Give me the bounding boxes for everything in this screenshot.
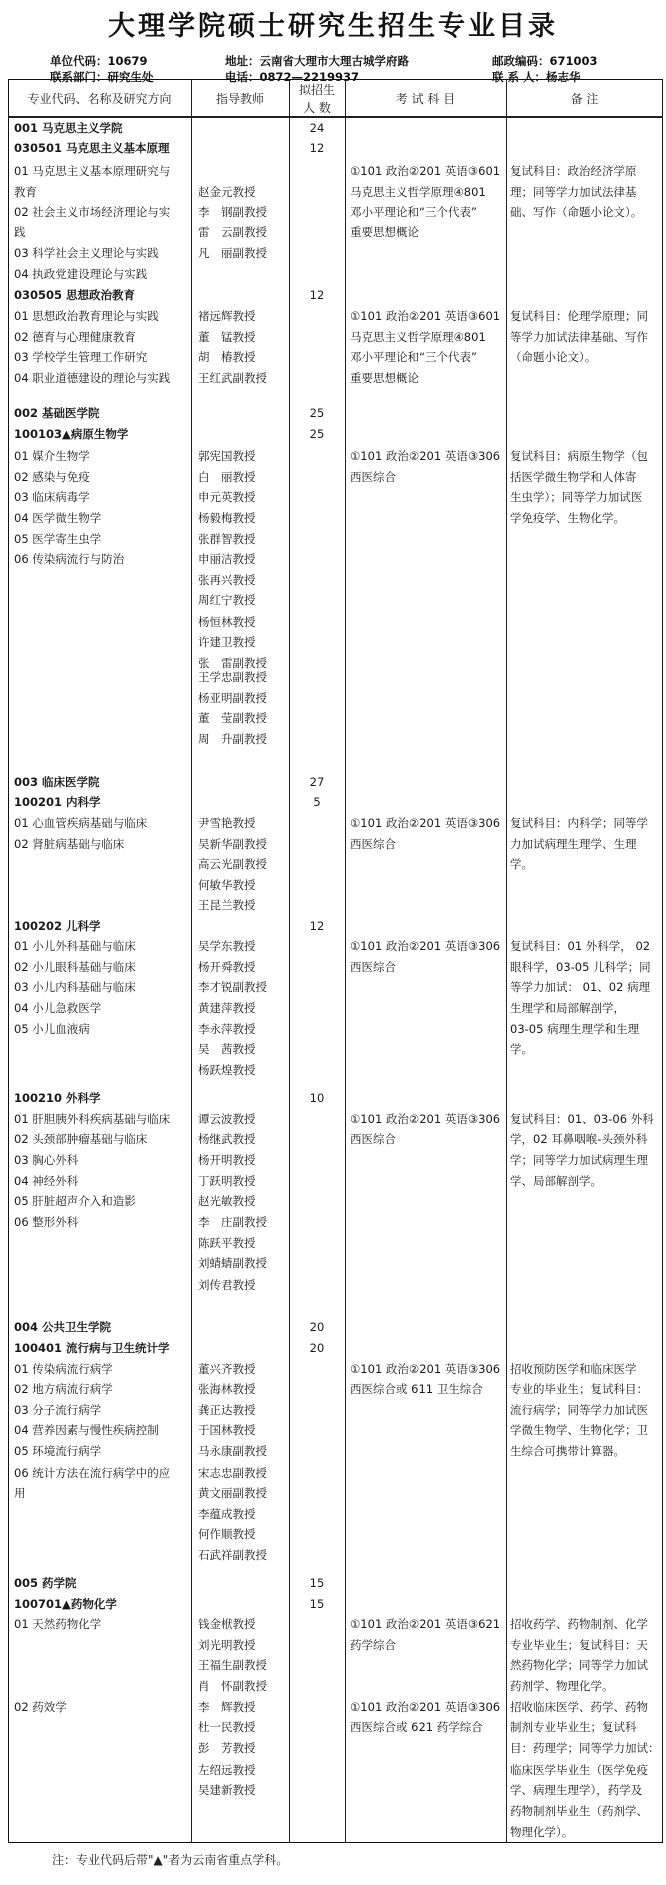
column-divider	[289, 79, 290, 1843]
major-line: 030505 思想政治教育	[14, 288, 135, 302]
header-divider	[8, 116, 663, 118]
advisor-line: 张群智教授	[198, 532, 256, 546]
advisor-line: 左绍远教授	[198, 1763, 256, 1777]
quota-value: 5	[307, 795, 327, 809]
major-line: 100201 内科学	[14, 795, 101, 809]
quota-value: 12	[307, 288, 327, 302]
major-line: 001 马克思主义学院	[14, 121, 123, 135]
exam-line: 重要思想概论	[350, 371, 419, 385]
remark-line: 复试科目：病原生物学（包	[510, 449, 648, 463]
advisor-line: 郭宪国教授	[198, 449, 256, 463]
quota-value: 25	[307, 406, 327, 420]
quota-value: 15	[307, 1576, 327, 1590]
major-line: 04 执政党建设理论与实践	[14, 267, 147, 281]
advisor-line: 石武祥副教授	[198, 1548, 267, 1562]
remark-line: 复试科目：01 外科学， 02	[510, 939, 650, 953]
major-line: 05 小儿血液病	[14, 1022, 90, 1036]
exam-line: ①101 政治②201 英语③601	[350, 309, 500, 323]
advisor-line: 周红宁教授	[198, 593, 256, 607]
advisor-line: 杨继武教授	[198, 1132, 256, 1146]
advisor-line: 李永萍教授	[198, 1022, 256, 1036]
advisor-line: 于国林教授	[198, 1423, 256, 1437]
quota-value: 25	[307, 427, 327, 441]
advisor-line: 谭云波教授	[198, 1112, 256, 1126]
advisor-line: 刘传君教授	[198, 1278, 256, 1292]
major-line: 用	[14, 1486, 26, 1500]
major-line: 02 地方病流行病学	[14, 1382, 113, 1396]
quota-value: 27	[307, 775, 327, 789]
advisor-line: 李 钢副教授	[198, 205, 267, 219]
remark-line: 学微生物学、生物化学；卫	[510, 1423, 648, 1437]
major-line: 004 公共卫生学院	[14, 1320, 111, 1334]
advisor-line: 刘光明教授	[198, 1638, 256, 1652]
major-line: 03 临床病毒学	[14, 490, 90, 504]
major-line: 100701▲药物化学	[14, 1597, 117, 1611]
remark-line: 然药物化学；同等学力加试	[510, 1658, 648, 1672]
exam-line: ①101 政治②201 英语③621	[350, 1617, 500, 1631]
major-line: 02 德育与心理健康教育	[14, 330, 136, 344]
advisor-line: 王学忠副教授	[198, 670, 267, 684]
major-line: 03 胸心外科	[14, 1153, 78, 1167]
advisor-line: 董 锰教授	[198, 330, 256, 344]
major-line: 05 医学寄生虫学	[14, 532, 101, 546]
exam-line: ①101 政治②201 英语③306	[350, 1700, 500, 1714]
major-line: 01 小儿外科基础与临床	[14, 939, 136, 953]
advisor-line: 何敏华教授	[198, 878, 256, 892]
exam-line: 马克思主义哲学原理④801	[350, 330, 486, 344]
advisor-line: 李 辉教授	[198, 1700, 256, 1714]
advisor-line: 吴建新教授	[198, 1783, 256, 1797]
advisor-line: 王昆兰教授	[198, 898, 256, 912]
exam-line: 马克思主义哲学原理④801	[350, 185, 486, 199]
remark-line: 学。	[510, 857, 533, 871]
major-line: 04 神经外科	[14, 1174, 78, 1188]
remark-line: 招收药学、药物制剂、化学	[510, 1617, 648, 1631]
major-line: 02 社会主义市场经济理论与实	[14, 205, 170, 219]
remark-line: 生虫学）；同等学力加试医	[510, 490, 642, 504]
remark-line: 理；同等学力加试法律基	[510, 185, 637, 199]
advisor-line: 丁跃明教授	[198, 1174, 256, 1188]
major-line: 02 头颈部肿瘤基础与临床	[14, 1132, 147, 1146]
quota-value: 12	[307, 141, 327, 155]
remark-line: 复试科目：政治经济学原	[510, 164, 637, 178]
advisor-line: 胡 椿教授	[198, 350, 256, 364]
advisor-line: 龚正达教授	[198, 1403, 256, 1417]
advisor-line: 李 庄副教授	[198, 1215, 267, 1229]
remark-line: 专业的毕业生；复试科目：	[510, 1382, 648, 1396]
advisor-line: 杨亚明副教授	[198, 691, 267, 705]
major-line: 03 学校学生管理工作研究	[14, 350, 147, 364]
remark-line: 生综合可携带计算器。	[510, 1444, 625, 1458]
postal-code: 邮政编码：671003	[492, 53, 598, 69]
major-line: 05 肝脏超声介入和造影	[14, 1194, 136, 1208]
exam-line: 邓小平理论和“三个代表”	[350, 205, 477, 219]
advisor-line: 李蕴成教授	[198, 1507, 256, 1521]
remark-line: 力加试病理生理学、生理	[510, 837, 637, 851]
advisor-line: 杨开明教授	[198, 1153, 256, 1167]
remark-line: 学。	[510, 1042, 533, 1056]
major-line: 04 职业道德建设的理论与实践	[14, 371, 170, 385]
major-line: 100103▲病原生物学	[14, 427, 128, 441]
advisor-line: 白 丽教授	[198, 470, 256, 484]
advisor-line: 许建卫教授	[198, 635, 256, 649]
exam-line: 西医综合	[350, 837, 396, 851]
remark-line: 招收预防医学和临床医学	[510, 1362, 637, 1376]
remark-line: 临床医学毕业生（医学免疫	[510, 1763, 648, 1777]
quota-value: 12	[307, 919, 327, 933]
advisor-line: 杜一民教授	[198, 1720, 256, 1734]
advisor-line: 高云光副教授	[198, 857, 267, 871]
remark-line: 药物制剂毕业生（药剂学、	[510, 1804, 648, 1818]
column-divider	[191, 79, 192, 1843]
major-line: 01 思想政治教育理论与实践	[14, 309, 159, 323]
advisor-line: 王红武副教授	[198, 371, 267, 385]
exam-line: 邓小平理论和“三个代表”	[350, 350, 477, 364]
remark-line: 专业毕业生；复试科目：天	[510, 1638, 648, 1652]
remark-line: 生理学和局部解剖学，	[510, 1001, 625, 1015]
remark-line: 复试科目：01、03-06 外科	[510, 1112, 654, 1126]
remark-line: 招收临床医学、药学、药物	[510, 1700, 648, 1714]
advisor-line: 董兴齐教授	[198, 1362, 256, 1376]
advisor-line: 褚远辉教授	[198, 309, 256, 323]
major-line: 06 传染病流行与防治	[14, 552, 124, 566]
exam-line: ①101 政治②201 英语③601	[350, 164, 500, 178]
advisor-line: 张 雷副教授	[198, 656, 267, 670]
remark-line: 学，02 耳鼻咽喉-头颈外科	[510, 1132, 647, 1146]
major-line: 06 整形外科	[14, 1215, 78, 1229]
remark-line: 等学力加试法律基础、写作	[510, 330, 648, 344]
advisor-line: 杨恒林教授	[198, 615, 256, 629]
footnote: 注：专业代码后带"▲"者为云南省重点学科。	[52, 1851, 288, 1868]
advisor-line: 钱金栿教授	[198, 1617, 256, 1631]
remark-line: 03-05 病理生理学和生理	[510, 1022, 639, 1036]
page-title: 大理学院硕士研究生招生专业目录	[0, 4, 666, 43]
exam-line: 西医综合	[350, 1132, 396, 1146]
advisor-line: 李才锐副教授	[198, 980, 267, 994]
advisor-line: 凡 丽副教授	[198, 246, 267, 260]
advisor-line: 宋志忠副教授	[198, 1466, 267, 1480]
major-line: 03 分子流行病学	[14, 1403, 101, 1417]
remark-line: 目：药理学；同等学力加试：	[510, 1741, 660, 1755]
remark-line: 制剂专业毕业生；复试科	[510, 1720, 637, 1734]
remark-line: （命题小论文）。	[510, 350, 596, 364]
major-line: 002 基础医学院	[14, 406, 100, 420]
major-line: 践	[14, 225, 26, 239]
exam-line: 西医综合	[350, 470, 396, 484]
major-line: 02 小儿眼科基础与临床	[14, 960, 136, 974]
remark-line: 药剂学、物理化学。	[510, 1679, 614, 1693]
major-line: 100210 外科学	[14, 1091, 101, 1105]
advisor-line: 杨跃煌教授	[198, 1063, 256, 1077]
header-quota-line1: 拟招生	[289, 81, 345, 98]
advisor-line: 刘蜻蜻副教授	[198, 1256, 267, 1270]
quota-value: 15	[307, 1597, 327, 1611]
remark-line: 础、写作（命题小论文）。	[510, 205, 642, 219]
advisor-line: 王福生副教授	[198, 1658, 267, 1672]
advisor-line: 吴新华副教授	[198, 837, 267, 851]
exam-line: ①101 政治②201 英语③306	[350, 449, 500, 463]
remark-line: 括医学微生物学和人体寄	[510, 470, 637, 484]
header-major: 专业代码、名称及研究方向	[8, 90, 191, 107]
major-line: 003 临床医学院	[14, 775, 100, 789]
advisor-line: 赵金元教授	[198, 185, 256, 199]
advisor-line: 马永康副教授	[198, 1444, 267, 1458]
exam-line: ①101 政治②201 英语③306	[350, 816, 500, 830]
exam-line: 西医综合	[350, 960, 396, 974]
header-quota-line2: 人 数	[289, 99, 345, 116]
major-line: 01 肝胆胰外科疾病基础与临床	[14, 1112, 170, 1126]
advisor-line: 杨毅梅教授	[198, 511, 256, 525]
header-exam-subjects: 考 试 科 目	[345, 90, 506, 107]
remark-line: 物理化学）。	[510, 1825, 573, 1839]
major-line: 100202 儿科学	[14, 919, 101, 933]
advisor-line: 申元英教授	[198, 490, 256, 504]
major-line: 05 环境流行病学	[14, 1444, 101, 1458]
quota-value: 24	[307, 121, 327, 135]
advisor-line: 彭 芳教授	[198, 1741, 256, 1755]
remark-line: 学、病理生理学），药学及	[510, 1783, 642, 1797]
major-line: 教育	[14, 185, 37, 199]
major-line: 06 统计方法在流行病学中的应	[14, 1466, 170, 1480]
exam-line: ①101 政治②201 英语③306	[350, 1112, 500, 1126]
major-line: 01 天然药物化学	[14, 1617, 101, 1631]
exam-line: 西医综合或 611 卫生综合	[350, 1382, 483, 1396]
major-line: 005 药学院	[14, 1576, 77, 1590]
major-line: 04 营养因素与慢性疾病控制	[14, 1423, 159, 1437]
exam-line: 药学综合	[350, 1638, 396, 1652]
major-line: 03 小儿内科基础与临床	[14, 980, 136, 994]
address: 地址：云南省大理市大理古城学府路	[225, 53, 409, 69]
exam-line: ①101 政治②201 英语③306	[350, 939, 500, 953]
quota-value: 10	[307, 1091, 327, 1105]
advisor-line: 杨开舜教授	[198, 960, 256, 974]
remark-line: 等学力加试： 01、02 病理	[510, 980, 650, 994]
advisor-line: 肖 怀副教授	[198, 1679, 267, 1693]
advisor-line: 雷 云副教授	[198, 225, 267, 239]
quota-value: 20	[307, 1341, 327, 1355]
advisor-line: 何作顺教授	[198, 1527, 256, 1541]
advisor-line: 尹雪艳教授	[198, 816, 256, 830]
advisor-line: 黄建萍教授	[198, 1001, 256, 1015]
exam-line: ①101 政治②201 英语③306	[350, 1362, 500, 1376]
major-line: 100401 流行病与卫生统计学	[14, 1341, 170, 1355]
unit-code: 单位代码：10679	[50, 53, 148, 69]
advisor-line: 赵光敏教授	[198, 1194, 256, 1208]
major-line: 030501 马克思主义基本原理	[14, 141, 170, 155]
exam-line: 西医综合或 621 药学综合	[350, 1720, 483, 1734]
major-line: 01 心血管疾病基础与临床	[14, 816, 147, 830]
major-line: 04 小儿急救医学	[14, 1001, 101, 1015]
remark-line: 学、局部解剖学。	[510, 1174, 602, 1188]
advisor-line: 吴学东教授	[198, 939, 256, 953]
advisor-line: 董 莹副教授	[198, 711, 267, 725]
advisor-line: 张再兴教授	[198, 573, 256, 587]
remark-line: 学免疫学、生物化学。	[510, 511, 625, 525]
major-line: 01 媒介生物学	[14, 449, 90, 463]
quota-value: 20	[307, 1320, 327, 1334]
advisor-line: 黄文丽副教授	[198, 1486, 267, 1500]
advisor-line: 陈跃平教授	[198, 1236, 256, 1250]
remark-line: 流行病学；同等学力加试医	[510, 1403, 648, 1417]
column-divider	[345, 79, 346, 1843]
major-line: 01 马克思主义基本原理研究与	[14, 164, 170, 178]
remark-line: 复试科目：伦理学原理；同	[510, 309, 648, 323]
remark-line: 学；同等学力加试病理生理	[510, 1153, 648, 1167]
major-line: 02 肾脏病基础与临床	[14, 837, 124, 851]
header-remarks: 备 注	[506, 90, 663, 107]
major-line: 01 传染病流行病学	[14, 1362, 113, 1376]
major-line: 02 药效学	[14, 1700, 67, 1714]
advisor-line: 申丽洁教授	[198, 552, 256, 566]
major-line: 04 医学微生物学	[14, 511, 101, 525]
major-line: 03 科学社会主义理论与实践	[14, 246, 159, 260]
advisor-line: 张海林教授	[198, 1382, 256, 1396]
remark-line: 眼科学，03-05 儿科学；同	[510, 960, 651, 974]
advisor-line: 周 升副教授	[198, 732, 267, 746]
exam-line: 重要思想概论	[350, 225, 419, 239]
column-divider	[506, 79, 507, 1843]
advisor-line: 吴 茜教授	[198, 1042, 256, 1056]
remark-line: 复试科目：内科学；同等学	[510, 816, 648, 830]
header-advisor: 指导教师	[191, 90, 289, 107]
major-line: 02 感染与免疫	[14, 470, 90, 484]
